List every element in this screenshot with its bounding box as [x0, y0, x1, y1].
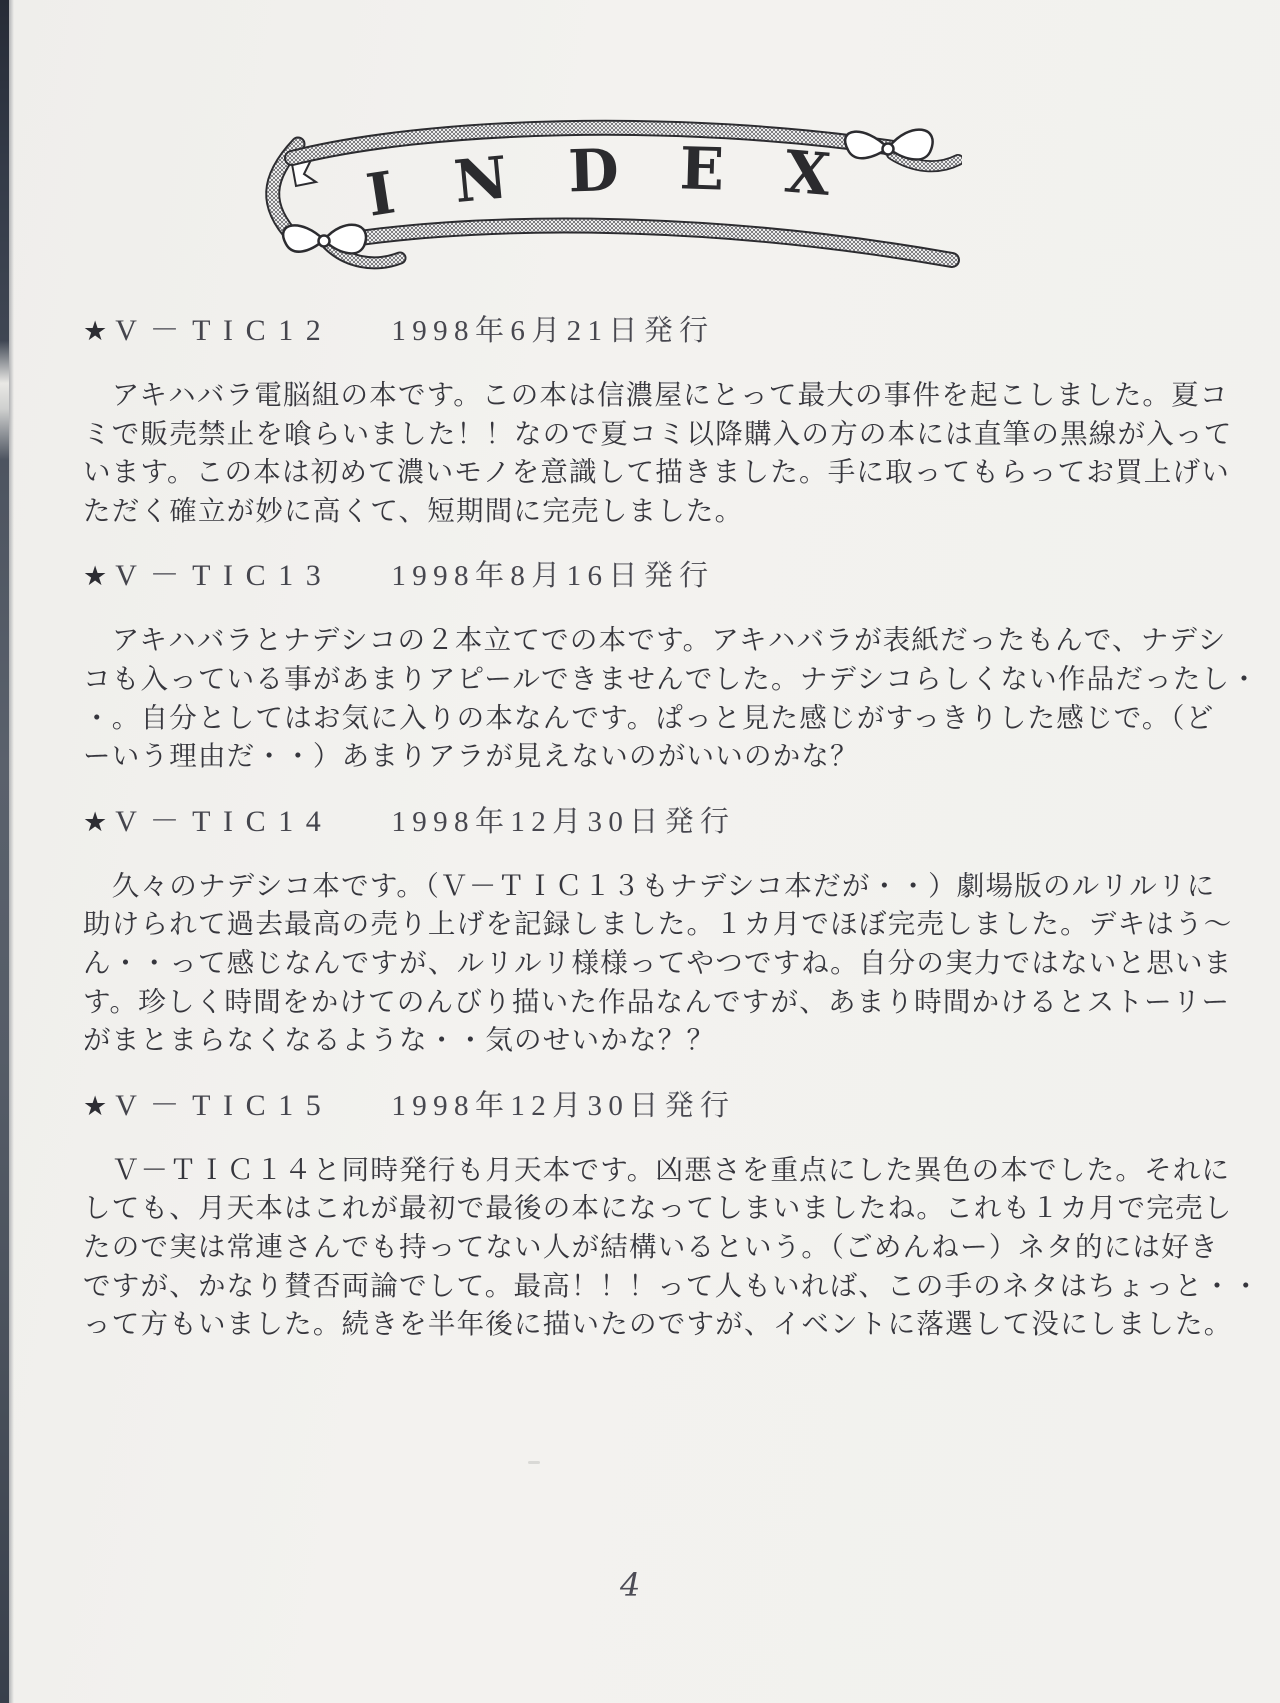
index-entries: ★ V－TIC12 1998年6月21日発行 アキハバラ電脳組の本です。この本は… [83, 310, 1203, 1369]
body-line: アキハバラとナデシコの２本立てでの本です。アキハバラが表紙だったもんで、ナデシ [83, 621, 1203, 660]
body-line: 助けられて過去最高の売り上げを記録しました。１カ月でほぼ完売しました。デキはう～ [83, 905, 1203, 944]
star-icon: ★ [83, 556, 107, 598]
entry-title: V－TIC12 [115, 310, 333, 352]
entry-body: アキハバラとナデシコの２本立てでの本です。アキハバラが表紙だったもんで、ナデシ … [83, 621, 1203, 775]
body-line: ですが、かなり賛否両論でして。最高！！！って人もいれば、この手のネタはちょっと・… [83, 1267, 1203, 1306]
body-line: ただく確立が妙に高くて、短期間に完売しました。 [83, 492, 1203, 531]
entry-heading: ★ V－TIC13 1998年8月16日発行 [83, 555, 1203, 598]
star-icon: ★ [83, 1086, 107, 1128]
body-line: ん・・って感じなんですが、ルリルリ様様ってやつですね。自分の実力ではないと思いま [83, 944, 1203, 983]
entry-body: Ｖ－ＴＩＣ１４と同時発行も月天本です。凶悪さを重点にした異色の本でした。それに … [83, 1151, 1203, 1344]
entry-date: 1998年8月16日発行 [391, 555, 714, 597]
entry-date: 1998年6月21日発行 [391, 310, 714, 352]
body-line: います。この本は初めて濃いモノを意識して描きました。手に取ってもらってお買上げい [83, 453, 1203, 492]
star-icon: ★ [83, 311, 107, 353]
scanned-doujinshi-index-page: INDEX ★ V－TIC12 1998年6月21日発行 アキハバラ電脳組の本で… [0, 0, 1280, 1703]
body-line: アキハバラ電脳組の本です。この本は信濃屋にとって最大の事件を起こしました。夏コ [83, 376, 1203, 415]
entry-body: 久々のナデシコ本です。（Ｖ－ＴＩＣ１３もナデシコ本だが・・）劇場版のルリルリに … [83, 867, 1203, 1060]
body-line: しても、月天本はこれが最初で最後の本になってしまいましたね。これも１カ月で完売し [83, 1189, 1203, 1228]
entry-heading: ★ V－TIC12 1998年6月21日発行 [83, 310, 1203, 353]
entry-heading: ★ V－TIC15 1998年12月30日発行 [83, 1085, 1203, 1128]
body-line: コも入っている事があまりアピールできませんでした。ナデシコらしくない作品だったし… [83, 660, 1203, 699]
index-ribbon-banner: INDEX [246, 98, 962, 276]
entry-title: V－TIC13 [115, 555, 333, 597]
entry-vtic14: ★ V－TIC14 1998年12月30日発行 久々のナデシコ本です。（Ｖ－ＴＩ… [83, 801, 1203, 1060]
star-icon: ★ [83, 802, 107, 844]
body-line: Ｖ－ＴＩＣ１４と同時発行も月天本です。凶悪さを重点にした異色の本でした。それに [83, 1151, 1203, 1190]
body-line: って方もいました。続きを半年後に描いたのですが、イベントに落選して没にしました。 [83, 1305, 1203, 1344]
body-line: ミで販売禁止を喰らいました！！なので夏コミ以降購入の方の本には直筆の黒線が入って [83, 415, 1203, 454]
entry-title: V－TIC15 [115, 1085, 333, 1127]
entry-title: V－TIC14 [115, 801, 333, 843]
entry-vtic13: ★ V－TIC13 1998年8月16日発行 アキハバラとナデシコの２本立てでの… [83, 555, 1203, 775]
body-line: 久々のナデシコ本です。（Ｖ－ＴＩＣ１３もナデシコ本だが・・）劇場版のルリルリに [83, 867, 1203, 906]
scan-artifact-mark [528, 1461, 540, 1464]
entry-vtic15: ★ V－TIC15 1998年12月30日発行 Ｖ－ＴＩＣ１４と同時発行も月天本… [83, 1085, 1203, 1344]
entry-body: アキハバラ電脳組の本です。この本は信濃屋にとって最大の事件を起こしました。夏コ … [83, 376, 1203, 530]
scan-book-edge-shadow [9, 0, 14, 1703]
body-line: ・。自分としてはお気に入りの本なんです。ぱっと見た感じがすっきりした感じで。（ど [83, 699, 1203, 738]
body-line: たので実は常連さんでも持ってない人が結構いるという。（ごめんねー）ネタ的には好き [83, 1228, 1203, 1267]
body-line: す。珍しく時間をかけてのんびり描いた作品なんですが、あまり時間かけるとストーリー [83, 983, 1203, 1022]
entry-heading: ★ V－TIC14 1998年12月30日発行 [83, 801, 1203, 844]
ribbon-bottom-band [332, 226, 952, 260]
body-line: ーいう理由だ・・）あまりアラが見えないのがいいのかな？ [83, 737, 1203, 776]
banner-title-text: INDEX [362, 134, 892, 229]
body-line: がまとまらなくなるような・・気のせいかな？？ [83, 1021, 1203, 1060]
page-number: 4 [620, 1566, 641, 1604]
entry-date: 1998年12月30日発行 [391, 1085, 735, 1127]
scan-book-edge [0, 0, 9, 1703]
entry-vtic12: ★ V－TIC12 1998年6月21日発行 アキハバラ電脳組の本です。この本は… [83, 310, 1203, 530]
entry-date: 1998年12月30日発行 [391, 801, 735, 843]
